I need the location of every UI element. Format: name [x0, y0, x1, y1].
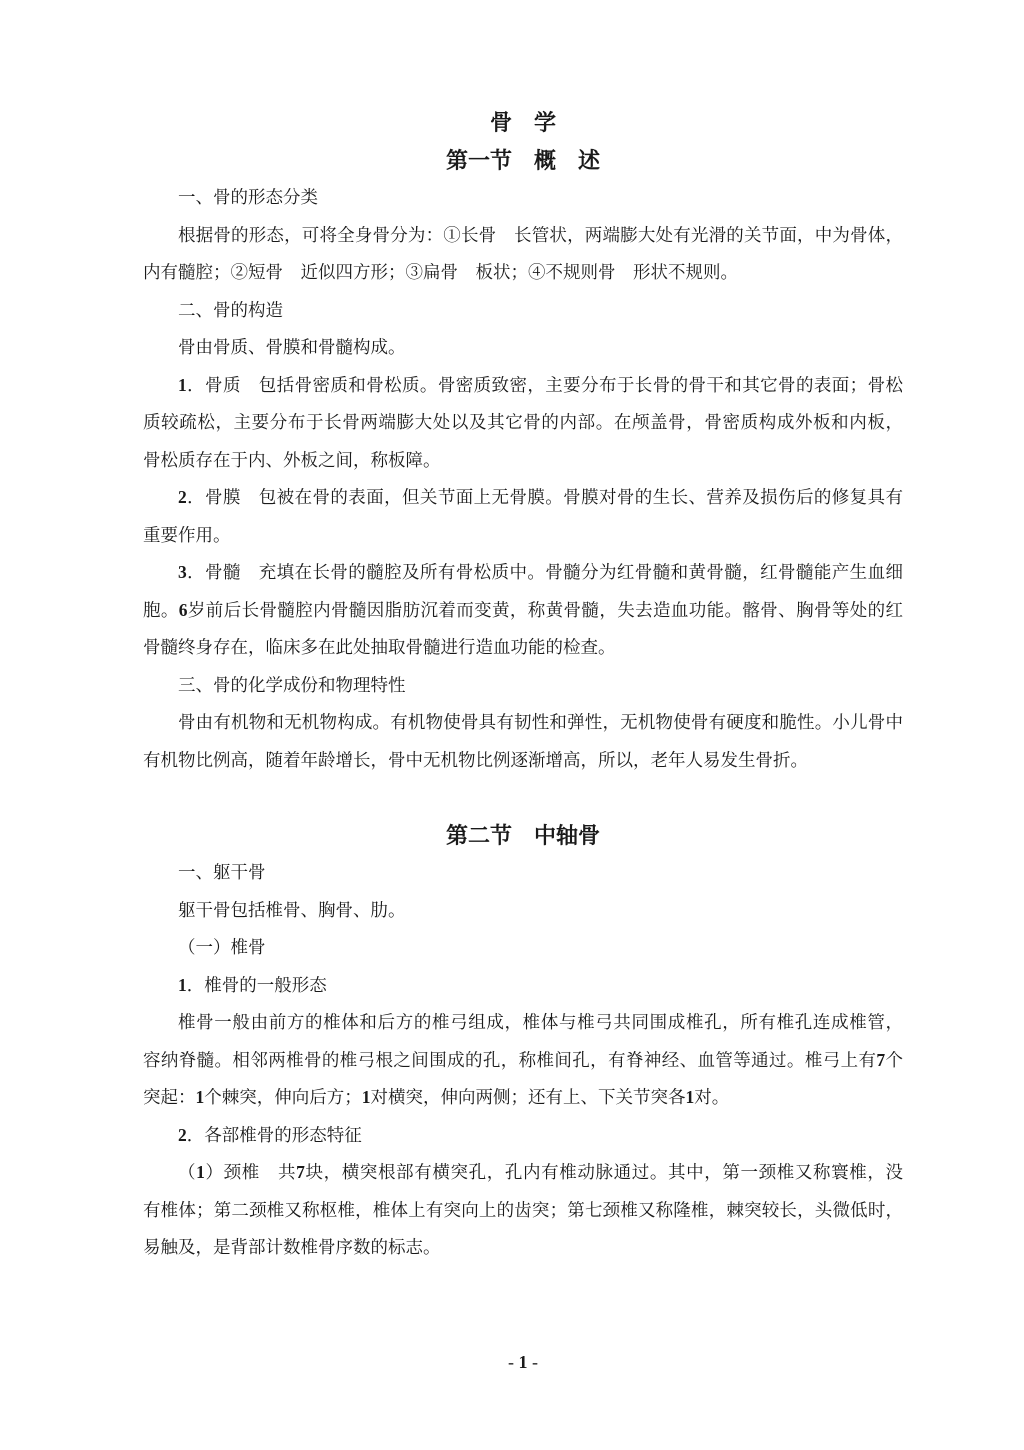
text-line: 根据骨的形态，可将全身骨分为：①长骨 长管状，两端膨大处有光滑的关节面，中为骨体… [143, 217, 903, 255]
text-line: 有机物比例高，随着年龄增长，骨中无机物比例逐渐增高，所以，老年人易发生骨折。 [143, 742, 903, 780]
text-line: （一）椎骨 [143, 929, 903, 967]
blank-line [143, 779, 903, 817]
text-line: 三、骨的化学成份和物理特性 [143, 667, 903, 705]
text-line: 骨髓终身存在，临床多在此处抽取骨髓进行造血功能的检查。 [143, 629, 903, 667]
text-line: 3．骨髓 充填在长骨的髓腔及所有骨松质中。骨髓分为红骨髓和黄骨髓，红骨髓能产生血… [143, 554, 903, 592]
text-line: 内有髓腔；②短骨 近似四方形；③扁骨 板状；④不规则骨 形状不规则。 [143, 254, 903, 292]
text-line: 2．骨膜 包被在骨的表面，但关节面上无骨膜。骨膜对骨的生长、营养及损伤后的修复具… [143, 479, 903, 517]
text-line: 重要作用。 [143, 517, 903, 555]
page-number: - 1 - [143, 1348, 903, 1376]
document-page: 骨 学第一节 概 述一、骨的形态分类根据骨的形态，可将全身骨分为：①长骨 长管状… [0, 0, 1024, 1450]
text-line: 椎骨一般由前方的椎体和后方的椎弓组成，椎体与椎弓共同围成椎孔，所有椎孔连成椎管， [143, 1004, 903, 1042]
text-line: 2．各部椎骨的形态特征 [143, 1117, 903, 1155]
text-line: 骨由骨质、骨膜和骨髓构成。 [143, 329, 903, 367]
text-line: 骨松质存在于内、外板之间，称板障。 [143, 442, 903, 480]
text-line: 一、骨的形态分类 [143, 179, 903, 217]
text-line: 1．椎骨的一般形态 [143, 967, 903, 1005]
text-line: 有椎体；第二颈椎又称枢椎，椎体上有突向上的齿突；第七颈椎又称隆椎，棘突较长，头微… [143, 1192, 903, 1230]
doc-title: 骨 学 [143, 104, 903, 142]
text-line: 二、骨的构造 [143, 292, 903, 330]
text-line: 胞。6岁前后长骨髓腔内骨髓因脂肪沉着而变黄，称黄骨髓，失去造血功能。髂骨、胸骨等… [143, 592, 903, 630]
text-line: 易触及，是背部计数椎骨序数的标志。 [143, 1229, 903, 1267]
text-line: 骨由有机物和无机物构成。有机物使骨具有韧性和弹性，无机物使骨有硬度和脆性。小儿骨… [143, 704, 903, 742]
text-line: 容纳脊髓。相邻两椎骨的椎弓根之间围成的孔，称椎间孔，有脊神经、血管等通过。椎弓上… [143, 1042, 903, 1080]
section-2-heading: 第二节 中轴骨 [143, 817, 903, 855]
text-line: 突起：1个棘突，伸向后方；1对横突，伸向两侧；还有上、下关节突各1对。 [143, 1079, 903, 1117]
text-line: 一、躯干骨 [143, 854, 903, 892]
text-line: 躯干骨包括椎骨、胸骨、肋。 [143, 892, 903, 930]
section-1-heading: 第一节 概 述 [143, 142, 903, 180]
text-line: 1．骨质 包括骨密质和骨松质。骨密质致密，主要分布于长骨的骨干和其它骨的表面；骨… [143, 367, 903, 405]
text-line: （1）颈椎 共7块，横突根部有横突孔，孔内有椎动脉通过。其中，第一颈椎又称寰椎，… [143, 1154, 903, 1192]
document-body: 骨 学第一节 概 述一、骨的形态分类根据骨的形态，可将全身骨分为：①长骨 长管状… [143, 104, 903, 1267]
text-line: 质较疏松，主要分布于长骨两端膨大处以及其它骨的内部。在颅盖骨，骨密质构成外板和内… [143, 404, 903, 442]
